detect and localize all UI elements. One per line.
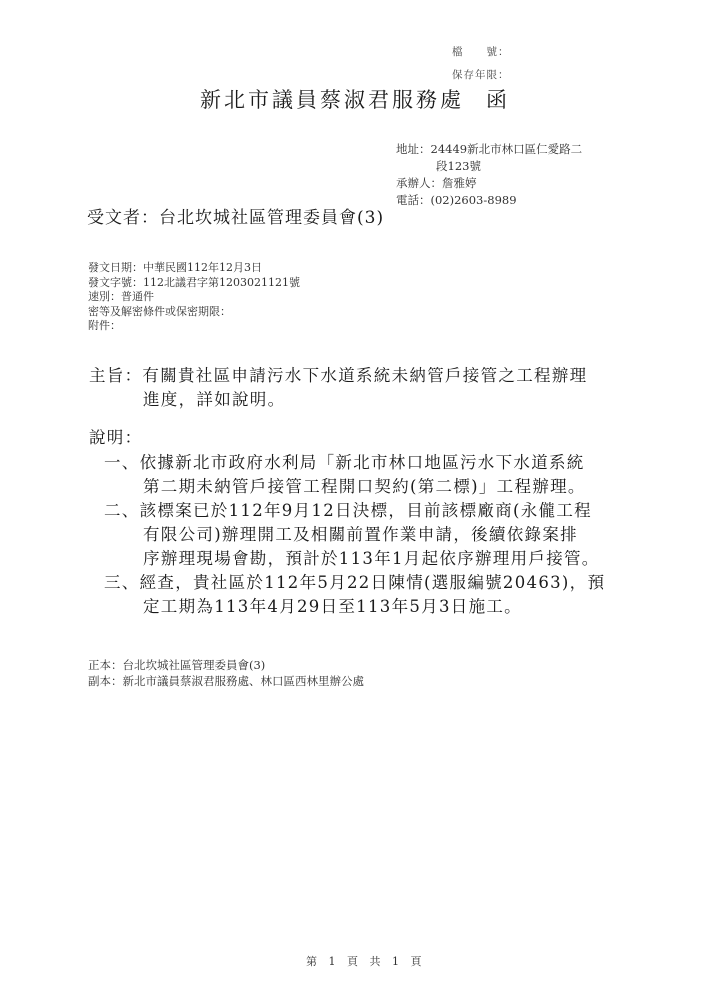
- retention-period-label: 保存年限：: [452, 67, 510, 82]
- recipient: 受文者：台北坎城社區管理委員會(3): [87, 203, 384, 228]
- speed: 速別：普通件: [88, 290, 300, 305]
- contact-block: 地址：24449新北市林口區仁愛路二 段123號 承辦人：詹雅婷 電話：(02)…: [396, 141, 582, 209]
- description-item-1: 一、依據新北市政府水利局「新北市林口地區污水下水道系統 第二期未納管戶接管工程開…: [104, 451, 586, 499]
- classification: 密等及解密條件或保密期限：: [88, 305, 300, 320]
- item-line: 經查，貴社區於112年5月22日陳情(選服編號20463)，預: [140, 573, 606, 592]
- description-item-2: 二、該標案已於112年9月12日決標，目前該標廠商(永儱工程 有限公司)辦理開工…: [104, 499, 600, 571]
- subject-block: 主旨：有關貴社區申請污水下水道系統未納管戶接管之工程辦理 進度，詳如說明。: [89, 364, 587, 412]
- description-label: 說明：: [89, 426, 142, 450]
- subject-line-2: 進度，詳如說明。: [89, 388, 587, 412]
- item-line: 定工期為113年4月29日至113年5月3日施工。: [104, 595, 605, 619]
- item-line: 序辦理現場會勘，預計於113年1月起依序辦理用戶接管。: [104, 547, 600, 571]
- document-title: 新北市議員蔡淑君服務處函: [200, 84, 510, 114]
- org-title: 新北市議員蔡淑君服務處: [200, 88, 464, 112]
- attachments: 附件：: [88, 319, 300, 334]
- file-number-label: 檔 號：: [452, 44, 510, 59]
- copies-block: 正本：台北坎城社區管理委員會(3) 副本：新北市議員蔡淑君服務處、林口區西林里辦…: [88, 657, 364, 689]
- issue-date: 發文日期：中華民國112年12月3日: [88, 261, 300, 276]
- description-item-3: 三、經查，貴社區於112年5月22日陳情(選服編號20463)，預 定工期為11…: [104, 571, 605, 619]
- item-line: 有限公司)辦理開工及相關前置作業申請，後續依錄案排: [104, 523, 600, 547]
- meta-block: 發文日期：中華民國112年12月3日 發文字號：112北議君字第12030211…: [88, 261, 300, 334]
- item-number: 三、: [104, 573, 140, 592]
- item-number: 一、: [104, 453, 140, 472]
- subject-line-1: 有關貴社區申請污水下水道系統未納管戶接管之工程辦理: [142, 366, 587, 385]
- address-line-1: 地址：24449新北市林口區仁愛路二: [396, 141, 582, 158]
- page-indicator: 第 1 頁 共 1 頁: [306, 953, 423, 969]
- cc-recipients: 副本：新北市議員蔡淑君服務處、林口區西林里辦公處: [88, 673, 364, 689]
- doc-type: 函: [486, 88, 510, 112]
- address-line-2: 段123號: [396, 158, 582, 175]
- handler: 承辦人：詹雅婷: [396, 175, 582, 192]
- item-line: 第二期未納管戶接管工程開口契約(第二標)」工程辦理。: [104, 475, 586, 499]
- original-recipient: 正本：台北坎城社區管理委員會(3): [88, 657, 364, 673]
- subject-label: 主旨：: [89, 366, 142, 385]
- doc-number: 發文字號：112北議君字第1203021121號: [88, 276, 300, 291]
- phone: 電話：(02)2603-8989: [396, 192, 582, 209]
- item-line: 該標案已於112年9月12日決標，目前該標廠商(永儱工程: [140, 501, 592, 520]
- item-number: 二、: [104, 501, 140, 520]
- item-line: 依據新北市政府水利局「新北市林口地區污水下水道系統: [140, 453, 585, 472]
